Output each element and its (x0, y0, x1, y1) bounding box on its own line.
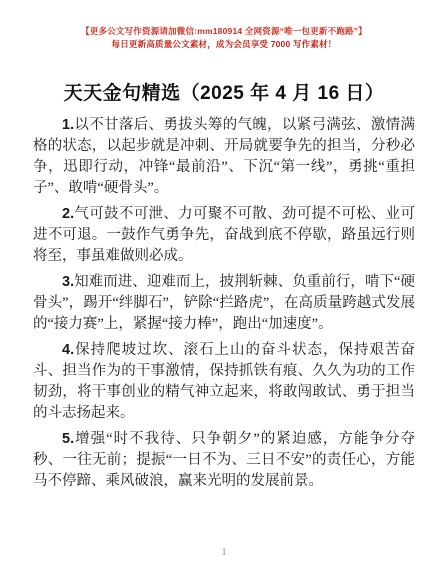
paragraph-2: 2.气可鼓不可泄、力可聚不可散、劲可提不可松、业可进不可退。一鼓作气勇争先，奋战… (33, 204, 415, 267)
header-ad-line2: 每日更新高质量公文素材，成为会员享受 7000 写作素材！ (0, 38, 448, 51)
paragraph-4-text: 保持爬坡过坎、滚石上山的奋斗状态，保持艰苦奋斗、担当作为的干事激情，保持抓铁有痕… (33, 342, 415, 421)
page-number: 1 (0, 547, 448, 558)
paragraph-5-number: 5. (62, 431, 74, 447)
paragraph-1: 1.以不甘落后、勇拔头筹的气魄，以紧弓满弦、激情满格的状态，以起步就是冲刺、开局… (33, 115, 415, 199)
document-body: 1.以不甘落后、勇拔头筹的气魄，以紧弓满弦、激情满格的状态，以起步就是冲刺、开局… (0, 115, 448, 492)
paragraph-1-text: 以不甘落后、勇拔头筹的气魄，以紧弓满弦、激情满格的状态，以起步就是冲刺、开局就要… (33, 117, 415, 196)
paragraph-2-number: 2. (62, 206, 74, 222)
paragraph-1-number: 1. (62, 117, 74, 133)
paragraph-3-number: 3. (62, 274, 74, 290)
header-ad: 【更多公文写作资源请加微信:mm180914 全网资源“唯一包更新不跑路”】 每… (0, 0, 448, 51)
paragraph-5: 5.增强“时不我待、只争朝夕”的紧迫感，方能争分夺秒、一往无前；提振“一日不为、… (33, 429, 415, 492)
header-ad-line1: 【更多公文写作资源请加微信:mm180914 全网资源“唯一包更新不跑路”】 (0, 25, 448, 38)
paragraph-4-number: 4. (62, 342, 74, 358)
paragraph-3: 3.知难而进、迎难而上，披荆斩棘、负重前行，啃下“硬骨头”，踢开“绊脚石”，铲除… (33, 272, 415, 335)
paragraph-5-text: 增强“时不我待、只争朝夕”的紧迫感，方能争分夺秒、一往无前；提振“一日不为、三日… (33, 431, 415, 489)
paragraph-3-text: 知难而进、迎难而上，披荆斩棘、负重前行，啃下“硬骨头”，踢开“绊脚石”，铲除“拦… (33, 274, 415, 332)
paragraph-4: 4.保持爬坡过坎、滚石上山的奋斗状态，保持艰苦奋斗、担当作为的干事激情，保持抓铁… (33, 340, 415, 424)
document-page: 【更多公文写作资源请加微信:mm180914 全网资源“唯一包更新不跑路”】 每… (0, 0, 448, 580)
document-title: 天天金句精选（2025 年 4 月 16 日） (20, 82, 428, 106)
paragraph-2-text: 气可鼓不可泄、力可聚不可散、劲可提不可松、业可进不可退。一鼓作气勇争先，奋战到底… (33, 206, 415, 264)
